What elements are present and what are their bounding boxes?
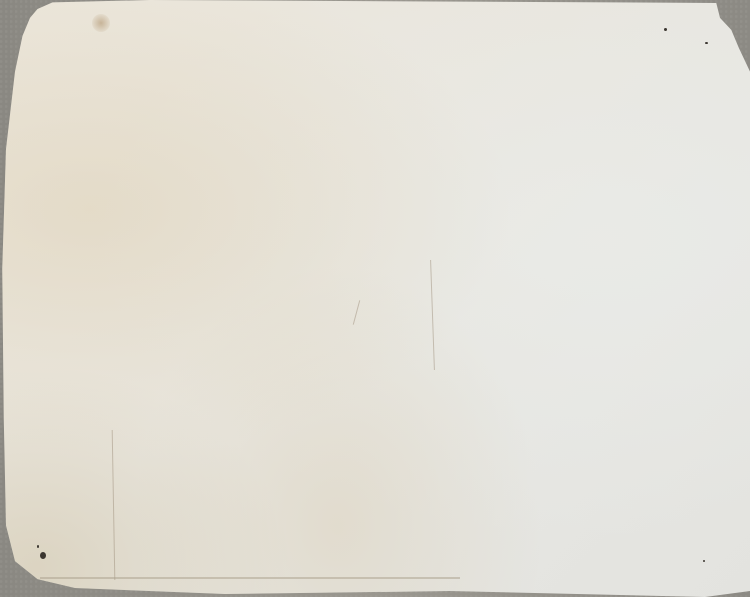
photo-scene [0,0,750,597]
paper-crease [430,260,435,370]
aged-paper-sheet [0,0,750,597]
paper-crease [112,430,116,580]
speck [664,28,667,31]
stain-spot [92,14,110,32]
speck [40,552,46,559]
paper-crease [353,300,360,324]
speck [37,545,39,548]
speck [705,42,708,44]
speck [703,560,705,562]
bottom-tear-line [40,577,460,579]
